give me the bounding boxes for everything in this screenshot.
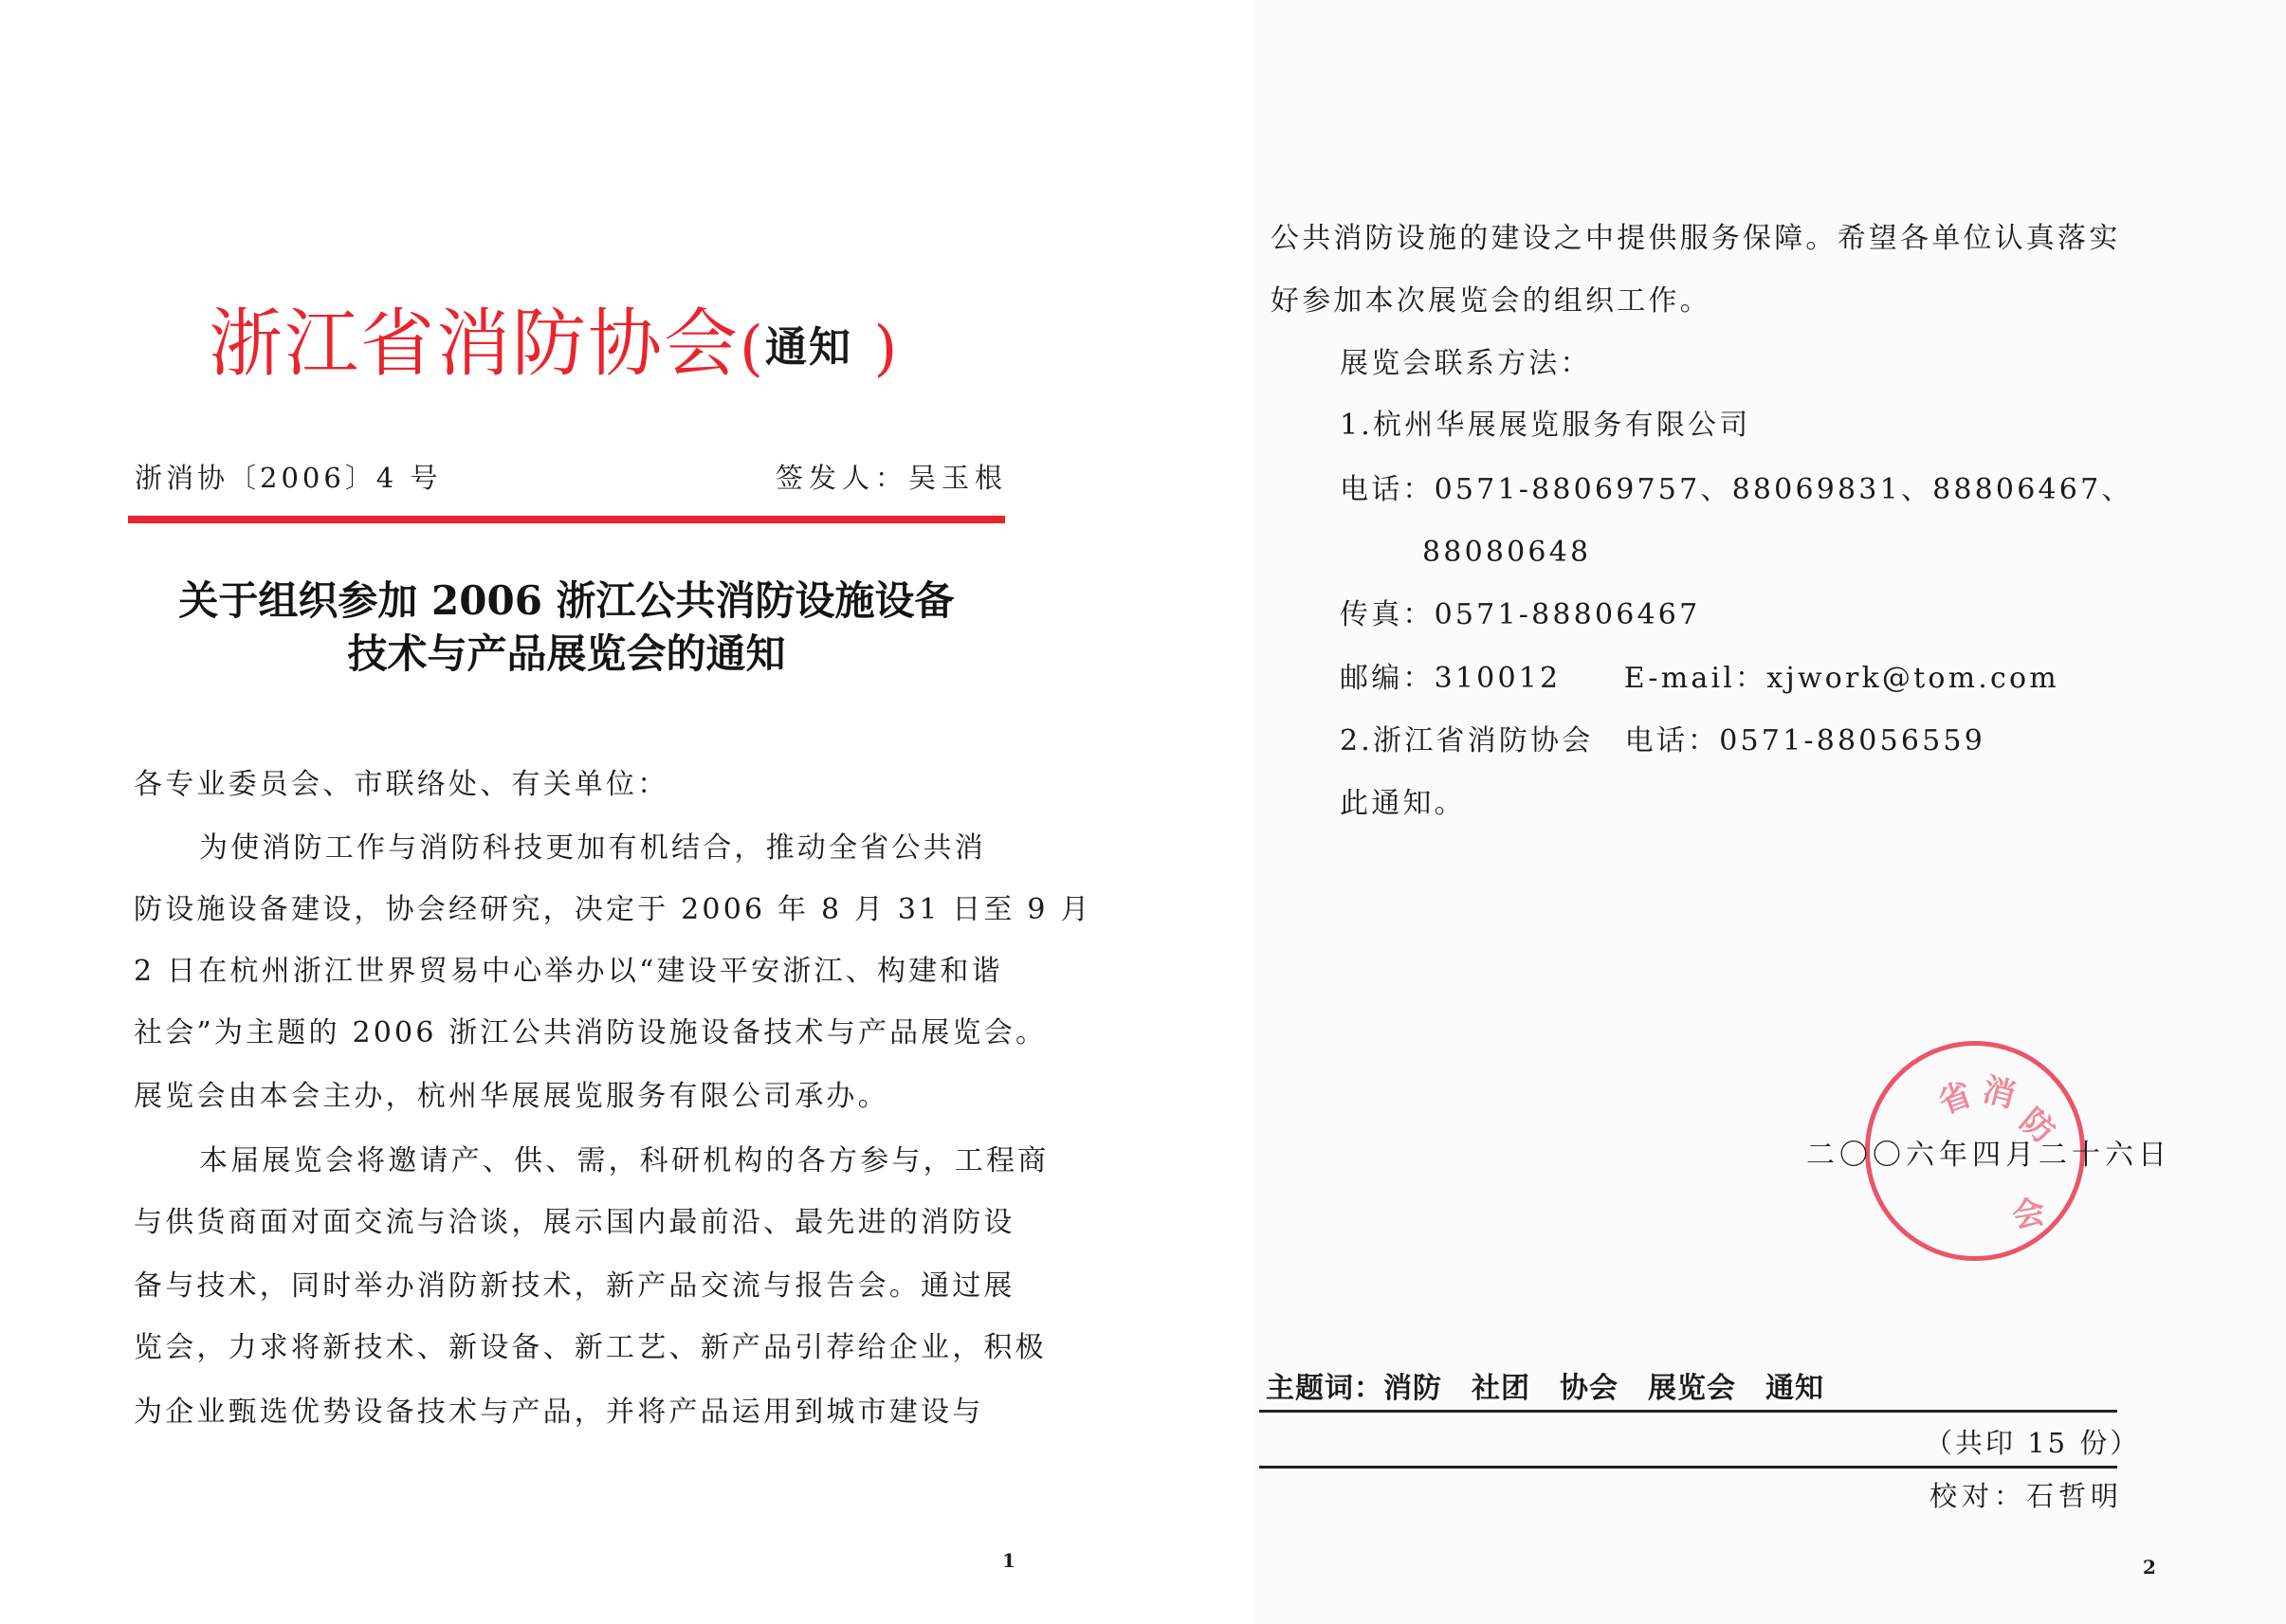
contact-postcode-email: 邮编：310012 E-mail：xjwork@tom.com: [1340, 660, 2059, 698]
print-copies: （共印 15 份）: [1925, 1424, 2140, 1462]
contact-phones-cont: 88080648: [1422, 534, 1591, 572]
closing: 此通知。: [1340, 785, 1466, 823]
salutation: 各专业委员会、市联络处、有关单位：: [134, 766, 668, 804]
body-line: 为使消防工作与消防科技更加有机结合，推动全省公共消: [199, 830, 986, 867]
issue-date: 二〇〇六年四月二十六日: [1806, 1137, 2171, 1175]
contact-heading: 展览会联系方法：: [1340, 345, 1592, 383]
masthead: 浙江省消防协会(通知 ): [209, 301, 899, 392]
footer-rule-top: [1259, 1410, 2117, 1413]
signer: 签发人：吴玉根: [776, 459, 1008, 497]
contact-association: 2.浙江省消防协会 电话：0571-88056559: [1340, 722, 1985, 760]
page-1: 浙江省消防协会(通知 ) 浙消协〔2006〕4 号 签发人：吴玉根 关于组织参加…: [0, 0, 1253, 1624]
headline-line-1: 关于组织参加 2006 浙江公共消防设施设备: [128, 576, 1005, 626]
body-line: 社会”为主题的 2006 浙江公共消防设施设备技术与产品展览会。: [134, 1014, 1047, 1052]
contact-phones: 电话：0571-88069757、88069831、88806467、: [1340, 471, 2133, 509]
proofreader: 校对：石哲明: [1929, 1477, 2123, 1515]
masthead-paren-open: (: [740, 314, 765, 384]
page-number: 1: [1002, 1549, 1015, 1572]
body-line: 好参加本次展览会的组织工作。: [1271, 283, 1711, 320]
body-line: 为企业甄选优势设备技术与产品，并将产品运用到城市建设与: [134, 1394, 983, 1432]
body-line: 公共消防设施的建设之中提供服务保障。希望各单位认真落实: [1271, 220, 2120, 258]
body-line: 览会，力求将新技术、新设备、新工艺、新产品引荐给企业，积极: [134, 1329, 1047, 1367]
headline-line-2: 技术与产品展览会的通知: [128, 630, 1005, 679]
document-number: 浙消协〔2006〕4 号: [135, 459, 441, 497]
red-header-rule: [128, 516, 1005, 523]
body-line: 与供货商面对面交流与洽谈，展示国内最前沿、最先进的消防设: [134, 1204, 1015, 1242]
body-line: 防设施设备建设，协会经研究，决定于 2006 年 8 月 31 日至 9 月: [134, 891, 1092, 929]
contact-company: 1.杭州华展展览服务有限公司: [1340, 407, 1750, 445]
footer-rule-bottom: [1259, 1466, 2117, 1469]
body-line: 2 日在杭州浙江世界贸易中心举办以“建设平安浙江、构建和谐: [134, 953, 1003, 991]
body-line: 展览会由本会主办，杭州华展展览服务有限公司承办。: [134, 1078, 889, 1116]
page-number: 2: [2143, 1556, 2156, 1578]
body-line: 备与技术，同时举办消防新技术，新产品交流与报告会。通过展: [134, 1268, 1015, 1305]
body-line: 本届展览会将邀请产、供、需，科研机构的各方参与，工程商: [199, 1142, 1049, 1180]
contact-fax: 传真：0571-88806467: [1340, 596, 1700, 634]
masthead-doc-type: 通知: [765, 323, 852, 372]
masthead-org-name: 浙江省消防协会: [209, 301, 740, 387]
masthead-paren-close: ): [852, 314, 899, 384]
subject-keywords: 主题词：消防 社团 协会 展览会 通知: [1266, 1370, 1824, 1408]
